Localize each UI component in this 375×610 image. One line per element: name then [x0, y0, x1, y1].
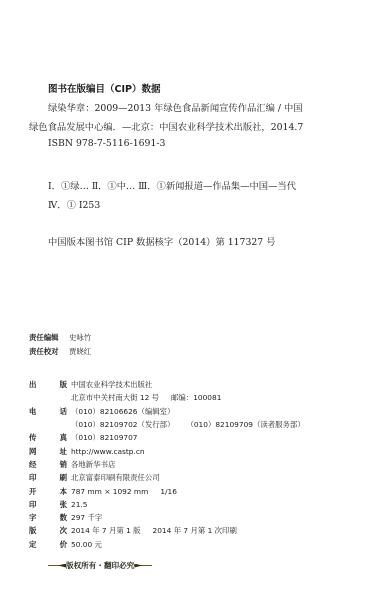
colophon-row: 印张 21.5: [29, 498, 305, 511]
colophon-label: 版次: [29, 525, 67, 536]
cip-title: 图书在版编目（CIP）数据: [48, 81, 160, 95]
colophon-value: 中国农业科学技术出版社: [67, 379, 152, 390]
cip-line-clc: Ⅳ．① I253: [48, 197, 100, 211]
colophon-label: 传真: [29, 432, 67, 443]
colophon-row: （010）82109702（发行部）（010）82109709（读者服务部）: [29, 418, 305, 431]
colophon-price: 50.00 元: [67, 539, 102, 550]
colophon-row: 电话 （010）82106626（编辑室）: [29, 405, 305, 418]
colophon-value: 2014 年 7 月第 1 版2014 年 7 月第 1 次印刷: [67, 525, 237, 536]
colophon-label: 经销: [29, 459, 67, 470]
credit-value: 贾晓红: [69, 346, 91, 357]
copyright-notice: 版权所有・翻印必究: [48, 560, 152, 571]
colophon-value: 787 mm × 1092 mm1/16: [67, 487, 177, 496]
colophon-value: 北京富泰印刷有限责任公司: [67, 472, 160, 483]
colophon-value: 297 千字: [67, 512, 102, 523]
cip-line-publisher: 绿色食品发展中心编．—北京：中国农业科学技术出版社，2014.7: [29, 119, 303, 133]
credit-row-editor: 责任编辑 史咏竹: [29, 330, 91, 344]
colophon-row: 印刷 北京富泰印刷有限责任公司: [29, 471, 305, 484]
colophon-row: 定价 50.00 元: [29, 538, 305, 551]
colophon-row: 开本 787 mm × 1092 mm1/16: [29, 484, 305, 497]
colophon-label: 开本: [29, 486, 67, 497]
credits-block: 责任编辑 史咏竹 责任校对 贾晓红: [29, 330, 91, 358]
cip-line-classification: Ⅰ．①绿… Ⅱ．①中… Ⅲ．①新闻报道—作品集—中国—当代: [48, 178, 296, 192]
colophon-label: 印刷: [29, 472, 67, 483]
colophon-label: 定价: [29, 539, 67, 550]
credit-label: 责任编辑: [29, 332, 69, 343]
colophon-label: 电话: [29, 406, 67, 417]
flourish-left-icon: [48, 563, 66, 569]
colophon-label: 印张: [29, 499, 67, 510]
colophon-value: 21.5: [67, 500, 87, 509]
cip-line-title: 绿染华章：2009—2013 年绿色食品新闻宣传作品汇编 / 中国: [48, 100, 303, 114]
colophon-value: 各地新华书店: [67, 459, 115, 470]
credit-label: 责任校对: [29, 346, 69, 357]
colophon-value: 北京市中关村南大街 12 号邮编：100081: [67, 392, 221, 403]
colophon-value: （010）82109702（发行部）（010）82109709（读者服务部）: [67, 419, 305, 430]
colophon-block: 出版 中国农业科学技术出版社 北京市中关村南大街 12 号邮编：100081 电…: [29, 378, 305, 551]
copyright-text: 版权所有・翻印必究: [66, 560, 134, 571]
cip-line-isbn: ISBN 978-7-5116-1691-3: [48, 138, 165, 149]
credit-row-proofreader: 责任校对 贾晓红: [29, 344, 91, 358]
colophon-value: （010）82106626（编辑室）: [67, 406, 174, 417]
colophon-row: 网址 http://www.castp.cn: [29, 444, 305, 457]
colophon-row: 北京市中关村南大街 12 号邮编：100081: [29, 391, 305, 404]
colophon-label: 网址: [29, 446, 67, 457]
credit-value: 史咏竹: [69, 332, 91, 343]
colophon-row: 出版 中国农业科学技术出版社: [29, 378, 305, 391]
colophon-website: http://www.castp.cn: [67, 447, 145, 456]
colophon-label: 字数: [29, 512, 67, 523]
colophon-row: 传真 （010）82109707: [29, 431, 305, 444]
cip-line-record-number: 中国版本图书馆 CIP 数据核字（2014）第 117327 号: [48, 234, 275, 248]
colophon-row: 字数 297 千字: [29, 511, 305, 524]
flourish-right-icon: [134, 563, 152, 569]
colophon-row: 版次 2014 年 7 月第 1 版2014 年 7 月第 1 次印刷: [29, 524, 305, 537]
colophon-value: （010）82109707: [67, 432, 138, 443]
colophon-row: 经销 各地新华书店: [29, 458, 305, 471]
colophon-label: 出版: [29, 379, 67, 390]
